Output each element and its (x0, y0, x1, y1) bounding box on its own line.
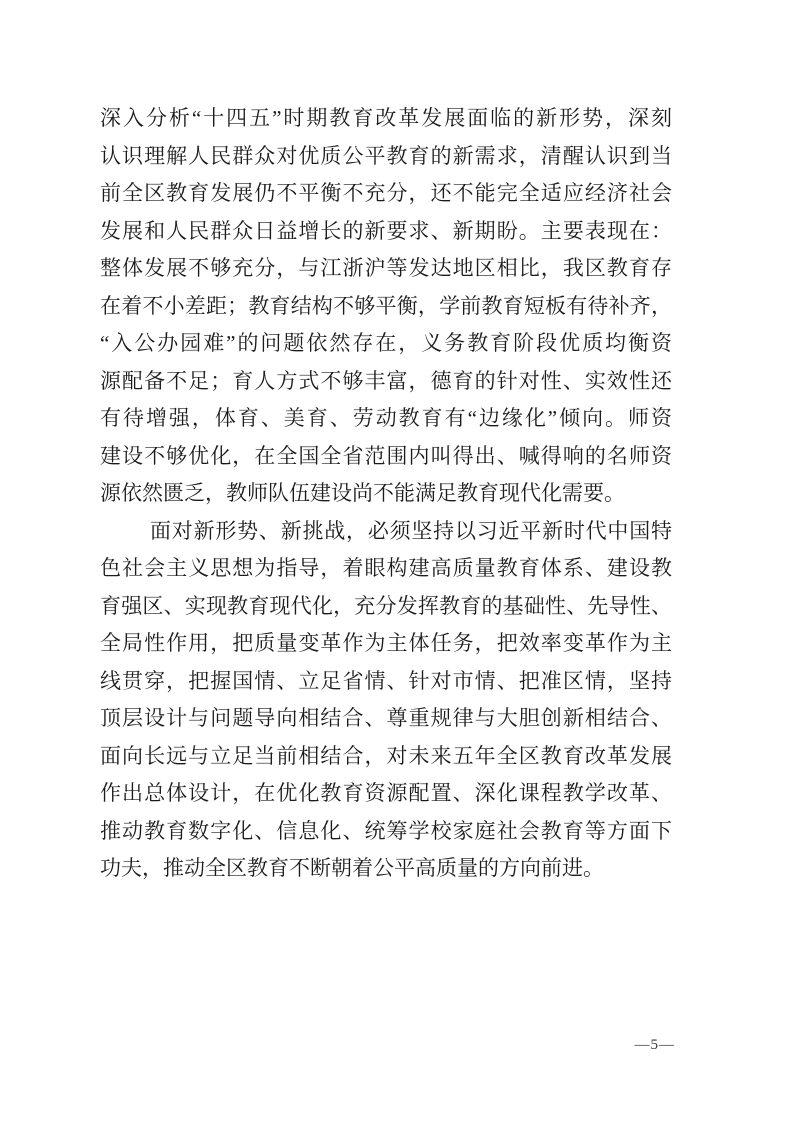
text-line: 有待增强，体育、美育、劳动教育有“边缘化”倾向。师资 (100, 400, 672, 438)
text-line: 源依然匮乏，教师队伍建设尚不能满足教育现代化需要。 (100, 475, 672, 513)
text-line: 深入分析“十四五”时期教育改革发展面临的新形势，深刻 (100, 100, 672, 138)
text-line: 在着不小差距；教育结构不够平衡，学前教育短板有待补齐， (100, 288, 672, 326)
page-number: —5— (635, 1036, 676, 1054)
text-line: 顶层设计与问题导向相结合、尊重规律与大胆创新相结合、 (100, 700, 672, 738)
text-line: 作出总体设计，在优化教育资源配置、深化课程教学改革、 (100, 775, 672, 813)
text-line: 育强区、实现教育现代化，充分发挥教育的基础性、先导性、 (100, 588, 672, 626)
document-page: 深入分析“十四五”时期教育改革发展面临的新形势，深刻认识理解人民群众对优质公平教… (0, 0, 793, 1122)
text-line: 整体发展不够充分，与江浙沪等发达地区相比，我区教育存 (100, 250, 672, 288)
document-body: 深入分析“十四五”时期教育改革发展面临的新形势，深刻认识理解人民群众对优质公平教… (100, 100, 672, 888)
text-line: 前全区教育发展仍不平衡不充分，还不能完全适应经济社会 (100, 175, 672, 213)
text-line: 发展和人民群众日益增长的新要求、新期盼。主要表现在： (100, 213, 672, 251)
text-line: 面对新形势、新挑战，必须坚持以习近平新时代中国特 (100, 513, 672, 551)
text-line: “入公办园难”的问题依然存在，义务教育阶段优质均衡资 (100, 325, 672, 363)
text-line: 推动教育数字化、信息化、统筹学校家庭社会教育等方面下 (100, 813, 672, 851)
text-line: 全局性作用，把质量变革作为主体任务，把效率变革作为主 (100, 625, 672, 663)
text-line: 认识理解人民群众对优质公平教育的新需求，清醒认识到当 (100, 138, 672, 176)
text-line: 源配备不足；育人方式不够丰富，德育的针对性、实效性还 (100, 363, 672, 401)
text-line: 建设不够优化，在全国全省范围内叫得出、喊得响的名师资 (100, 438, 672, 476)
text-line: 色社会主义思想为指导，着眼构建高质量教育体系、建设教 (100, 550, 672, 588)
text-line: 面向长远与立足当前相结合，对未来五年全区教育改革发展 (100, 738, 672, 776)
text-line: 线贯穿，把握国情、立足省情、针对市情、把准区情，坚持 (100, 663, 672, 701)
text-line: 功夫，推动全区教育不断朝着公平高质量的方向前进。 (100, 850, 672, 888)
